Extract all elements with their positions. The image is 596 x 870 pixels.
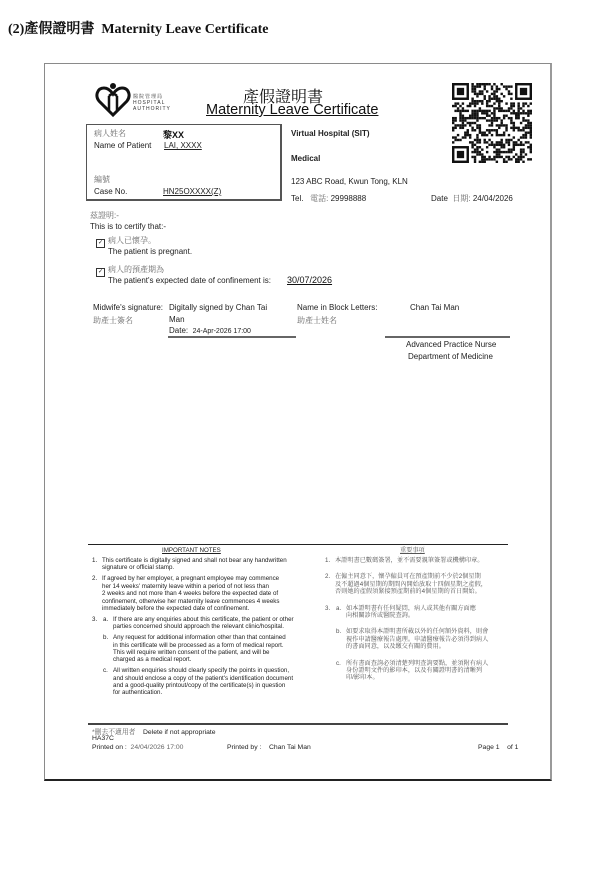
certify-intro-zh: 茲證明:- [90, 210, 119, 221]
certificate-title-en: Maternity Leave Certificate [206, 102, 378, 118]
note-line: 的書面同意，以及繳交有關的費用。 [346, 643, 445, 650]
pregnant-text-zh: 病人已懷孕。 [108, 236, 156, 245]
patient-name-en: LAI, XXXX [164, 141, 202, 150]
note-number: 3. [325, 605, 330, 612]
notes-zh: 1.本證明書已數碼簽署，並不需要親筆簽署或機構印章。2.在僱主同意下，懷孕僱員可… [325, 557, 515, 722]
case-label-en: Case No. [94, 187, 127, 196]
printed-on-label: Printed on : [92, 744, 127, 751]
title-rule [385, 336, 510, 338]
note-number: 2. [92, 575, 97, 582]
note-sub-letter: a. [336, 605, 341, 612]
notes-bottom-rule [88, 723, 508, 725]
notes-heading-zh: 重要事項 [400, 547, 425, 554]
signature-label-en: Midwife's signature: [93, 303, 163, 312]
date-label-zh: 日期: [452, 194, 470, 203]
note-number: 3. [92, 616, 97, 623]
note-sub-letter: c. [336, 660, 341, 667]
note-sub-letter: a. [103, 616, 108, 623]
tel-label-en: Tel. [291, 194, 303, 203]
patient-name-label-en: Name of Patient [94, 141, 151, 150]
signature-date-label: Date: [169, 326, 188, 335]
printed-on-value: 24/04/2026 17:00 [131, 744, 184, 751]
signature-label-zh: 助產士簽名 [93, 315, 133, 326]
signer-department: Department of Medicine [408, 352, 493, 361]
note-line: in this certificate will be processed as… [113, 642, 284, 649]
note-line: and should enclose a copy of the patient… [113, 675, 293, 682]
note-line: This certificate is digitally signed and… [102, 557, 287, 564]
qr-code-icon[interactable] [452, 83, 532, 163]
note-line: parties concerned should approach the re… [113, 623, 284, 630]
note-number: 1. [92, 557, 97, 564]
hospital-department: Medical [291, 154, 320, 163]
confinement-text-zh: 病人的預產期為 [108, 265, 164, 274]
signature-line2: Man [169, 315, 185, 324]
note-line: confinement, otherwise her maternity lea… [102, 598, 279, 605]
notes-en: 1.This certificate is digitally signed a… [92, 557, 312, 722]
note-sub-letter: b. [336, 628, 341, 635]
case-label-zh: 編號 [94, 174, 110, 185]
note-line: This will require written consent of the… [113, 649, 270, 656]
page-number: Page 1 of 1 [478, 744, 518, 751]
signature-rule [168, 336, 296, 338]
delete-note-en: Delete if not appropriate [143, 729, 216, 736]
signature-line1: Digitally signed by Chan Tai [169, 303, 267, 312]
patient-name-label-zh: 病人姓名 [94, 128, 126, 139]
case-number: HN25OXXXX(Z) [163, 187, 221, 196]
hospital-name: Virtual Hospital (SIT) [291, 129, 370, 138]
note-line: and a good-quality printout/copy of the … [113, 682, 285, 689]
note-number: 1. [325, 557, 330, 564]
note-line: 如本證明書有任何疑問，病人或其他有關方面應 [346, 605, 476, 612]
note-line: 所有書面查詢必須清楚列明查詢要點，並須附有病人 [346, 660, 488, 667]
note-line: 在僱主同意下，懷孕僱員可在預產期前不少於2個星期 [335, 573, 481, 580]
signature-date-value: 24-Apr-2026 17:00 [193, 328, 251, 335]
note-sub-letter: c. [103, 667, 108, 674]
checkbox-pregnant[interactable]: ✓ [96, 239, 105, 248]
date-label-en: Date [431, 194, 448, 203]
org-name: 醫院管理局 HOSPITAL AUTHORITY [133, 94, 171, 112]
note-line: 否則她的產假須緊接預產期前的4個星期的首日開始。 [335, 588, 481, 595]
note-line: 向相關診所或醫院查詢。 [346, 612, 414, 619]
org-name-en-2: AUTHORITY [133, 106, 171, 112]
note-line: her 14 weeks' maternity leave within a p… [102, 583, 269, 590]
printed-on: Printed on : 24/04/2026 17:00 [92, 744, 183, 751]
note-sub-letter: b. [103, 634, 108, 641]
hospital-address: 123 ABC Road, Kwun Tong, KLN [291, 177, 408, 186]
printed-by: Printed by : Chan Tai Man [227, 744, 311, 751]
note-line: 如要求取得本證明書所載以外的任何額外資料，則會 [346, 628, 488, 635]
note-line: 印/影印本。 [346, 674, 379, 681]
heading-title-zh: 產假證明書 [24, 22, 94, 37]
tel-label-zh: 電話: [310, 194, 328, 203]
note-line: 2 weeks and not more than 4 weeks before… [102, 590, 278, 597]
note-line: immediately before the expected date of … [102, 605, 249, 612]
certificate-date: Date 日期: 24/04/2026 [431, 193, 513, 204]
block-letters-label-zh: 助產士姓名 [297, 315, 337, 326]
note-line: signature or official stamp. [102, 564, 174, 571]
note-line: charged as a medical report. [113, 656, 191, 663]
confinement-text-en: The patient's expected date of confineme… [108, 276, 271, 285]
note-line: Any request for additional information o… [113, 634, 286, 641]
form-code: HA37C [92, 735, 114, 742]
signature-date: Date: 24-Apr-2026 17:00 [169, 326, 251, 335]
patient-name-zh: 黎XX [163, 128, 184, 141]
pregnant-text-en: The patient is pregnant. [108, 247, 192, 256]
certify-intro-en: This is to certify that:- [90, 222, 166, 231]
notes-heading-en: IMPORTANT NOTES [162, 547, 221, 554]
date-value: 24/04/2026 [473, 194, 513, 203]
printed-by-value: Chan Tai Man [269, 744, 311, 751]
page-label: Page 1 [478, 744, 500, 751]
note-line: If agreed by her employer, a pregnant em… [102, 575, 279, 582]
page-of: of 1 [507, 744, 518, 751]
signer-title: Advanced Practice Nurse [406, 340, 496, 349]
note-line: All written enquiries should clearly spe… [113, 667, 289, 674]
confinement-date: 30/07/2026 [287, 275, 332, 285]
note-number: 2. [325, 573, 330, 580]
block-letters-name: Chan Tai Man [410, 303, 459, 312]
heading-number: (2) [8, 22, 24, 37]
hospital-tel: Tel. 電話: 29998888 [291, 193, 366, 204]
notes-top-rule [88, 544, 508, 545]
hospital-authority-logo-icon [95, 82, 131, 118]
block-letters-label-en: Name in Block Letters: [297, 303, 377, 312]
heading-title-en: Maternity Leave Certificate [101, 22, 268, 37]
printed-by-label: Printed by : [227, 744, 261, 751]
tel-value: 29998888 [331, 194, 367, 203]
note-line: for authentication. [113, 689, 162, 696]
note-line: If there are any enquiries about this ce… [113, 616, 294, 623]
note-line: 本證明書已數碼簽署，並不需要親筆簽署或機構印章。 [335, 557, 484, 564]
checkbox-confinement[interactable]: ✓ [96, 268, 105, 277]
page-heading: (2)產假證明書 Maternity Leave Certificate [8, 18, 268, 38]
